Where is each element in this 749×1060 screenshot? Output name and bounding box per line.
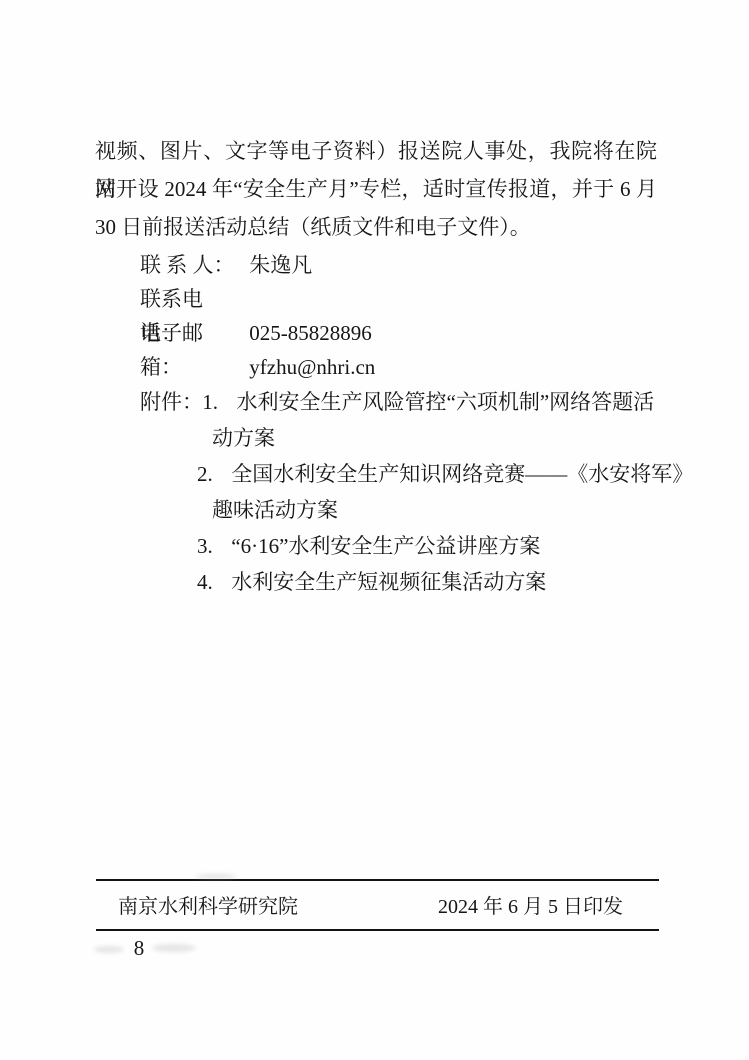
attachment-item-1-line-2: 动方案 <box>140 420 680 456</box>
attachment-number: 4. <box>197 564 226 600</box>
contact-phone-row: 联系电话： 025-85828896 <box>140 282 375 316</box>
attachment-title-line: 趣味活动方案 <box>212 498 338 522</box>
contact-email-row: 电子邮箱： yfzhu@nhri.cn <box>140 316 375 350</box>
attachment-title-line: 全国水利安全生产知识网络竞赛——《水安将军》 <box>231 462 693 486</box>
scan-smudge <box>94 946 124 953</box>
footer-issuer: 南京水利科学研究院 <box>118 886 298 928</box>
attachments-label: 附件： <box>140 384 197 420</box>
contact-email-value: yfzhu@nhri.cn <box>249 355 375 379</box>
attachment-title-line: 水利安全生产短视频征集活动方案 <box>231 570 546 594</box>
attachment-number: 1. <box>202 384 231 420</box>
footer-top-rule <box>96 879 659 881</box>
attachment-item-3-line-1: 3. “6·16”水利安全生产公益讲座方案 <box>140 528 680 564</box>
contact-email-label: 电子邮箱： <box>140 316 244 384</box>
attachment-item-1-line-1: 附件： 1. 水利安全生产风险管控“六项机制”网络答题活 <box>140 384 680 420</box>
document-page: 视频、图片、文字等电子资料）报送院人事处，我院将在院网 站开设 2024 年“安… <box>0 0 749 1060</box>
body-paragraph: 视频、图片、文字等电子资料）报送院人事处，我院将在院网 站开设 2024 年“安… <box>95 132 657 246</box>
paragraph-line: 视频、图片、文字等电子资料）报送院人事处，我院将在院网 <box>95 132 657 170</box>
contact-block: 联 系 人： 朱逸凡 联系电话： 025-85828896 电子邮箱： yfzh… <box>140 248 375 350</box>
footer-row: 南京水利科学研究院 2024 年 6 月 5 日印发 <box>96 886 659 928</box>
paragraph-line: 30 日前报送活动总结（纸质文件和电子文件）。 <box>95 208 657 246</box>
attachment-title-line: 动方案 <box>212 426 275 450</box>
attachment-item-2-line-2: 趣味活动方案 <box>140 492 680 528</box>
attachment-title-line: 水利安全生产风险管控“六项机制”网络答题活 <box>237 390 655 414</box>
attachment-item-2-line-1: 2. 全国水利安全生产知识网络竞赛——《水安将军》 <box>140 456 680 492</box>
footer-bottom-rule <box>96 929 659 931</box>
contact-person-row: 联 系 人： 朱逸凡 <box>140 248 375 282</box>
contact-person-value: 朱逸凡 <box>249 253 312 277</box>
attachment-number: 2. <box>197 456 226 492</box>
attachment-item-4-line-1: 4. 水利安全生产短视频征集活动方案 <box>140 564 680 600</box>
footer-print-date: 2024 年 6 月 5 日印发 <box>438 886 623 928</box>
contact-person-label: 联 系 人： <box>140 248 244 282</box>
page-number: 8 <box>126 934 152 962</box>
scan-smudge <box>196 874 236 879</box>
paragraph-line: 站开设 2024 年“安全生产月”专栏，适时宣传报道，并于 6 月 <box>95 170 657 208</box>
scan-smudge <box>152 944 196 952</box>
attachment-number: 3. <box>197 528 226 564</box>
attachment-title-line: “6·16”水利安全生产公益讲座方案 <box>231 534 540 558</box>
attachments-list: 附件： 1. 水利安全生产风险管控“六项机制”网络答题活 动方案 2. 全国水利… <box>140 384 680 600</box>
